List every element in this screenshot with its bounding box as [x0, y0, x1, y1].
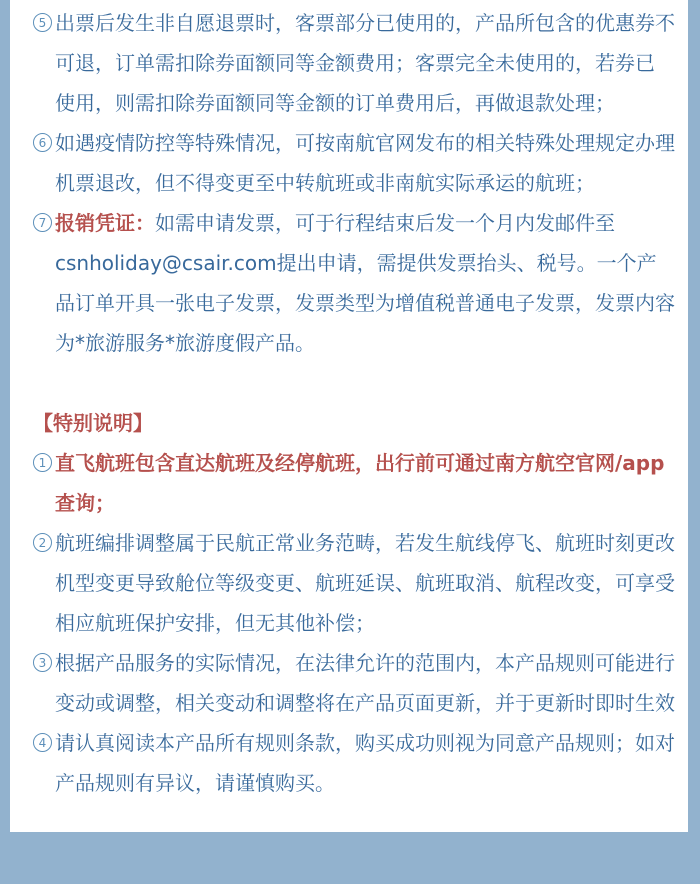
- rule-line: 为*旅游服务*旅游度假产品。: [55, 323, 674, 363]
- rule-line: 报销凭证：如需申请发票，可于行程结束后发一个月内发邮件至: [55, 203, 674, 243]
- item-number-column: 4: [33, 723, 55, 752]
- rule-text-segment: 根据产品服务的实际情况，在法律允许的范围内，本产品规则可能进行: [55, 651, 675, 675]
- rule-text-block: 航班编排调整属于民航正常业务范畴，若发生航线停飞、航班时刻更改机型变更导致舱位等…: [55, 523, 674, 643]
- rule-line: 直飞航班包含直达航班及经停航班，出行前可通过南方航空官网/app: [55, 443, 674, 483]
- rule-text-segment: 如遇疫情防控等特殊情况，可按南航官网发布的相关特殊处理规定办理: [55, 131, 675, 155]
- rule-item-2: 2航班编排调整属于民航正常业务范畴，若发生航线停飞、航班时刻更改机型变更导致舱位…: [33, 523, 674, 643]
- rule-text-block: 请认真阅读本产品所有规则条款，购买成功则视为同意产品规则；如对产品规则有异议，请…: [55, 723, 674, 803]
- rule-text-segment: 出票后发生非自愿退票时，客票部分已使用的，产品所包含的优惠券不: [55, 11, 675, 35]
- page-footer-background: [0, 832, 700, 884]
- item-number-column: 7: [33, 203, 55, 232]
- section-ticket-refund-rules: 5出票后发生非自愿退票时，客票部分已使用的，产品所包含的优惠券不可退，订单需扣除…: [33, 3, 674, 363]
- rule-item-3: 3根据产品服务的实际情况，在法律允许的范围内，本产品规则可能进行变动或调整，相关…: [33, 643, 674, 723]
- rule-item-6: 6如遇疫情防控等特殊情况，可按南航官网发布的相关特殊处理规定办理机票退改，但不得…: [33, 123, 674, 203]
- item-number-column: 5: [33, 3, 55, 32]
- item-number-badge: 7: [33, 213, 52, 232]
- rule-line: 产品规则有异议，请谨慎购买。: [55, 763, 674, 803]
- item-number-badge: 1: [33, 453, 52, 472]
- rule-text-segment: 报销凭证：: [55, 211, 155, 235]
- rule-line: 机型变更导致舱位等级变更、航班延误、航班取消、航程改变，可享受: [55, 563, 674, 603]
- rule-item-5: 5出票后发生非自愿退票时，客票部分已使用的，产品所包含的优惠券不可退，订单需扣除…: [33, 3, 674, 123]
- rule-line: 请认真阅读本产品所有规则条款，购买成功则视为同意产品规则；如对: [55, 723, 674, 763]
- section-heading: 【特别说明】: [33, 403, 674, 443]
- rule-text-block: 如遇疫情防控等特殊情况，可按南航官网发布的相关特殊处理规定办理机票退改，但不得变…: [55, 123, 674, 203]
- rule-text-segment: 提出申请，需提供发票抬头、税号。一个产: [277, 251, 657, 275]
- rule-line: 品订单开具一张电子发票，发票类型为增值税普通电子发票，发票内容: [55, 283, 674, 323]
- rule-text-block: 报销凭证：如需申请发票，可于行程结束后发一个月内发邮件至csnholiday@c…: [55, 203, 674, 363]
- rule-text-block: 根据产品服务的实际情况，在法律允许的范围内，本产品规则可能进行变动或调整，相关变…: [55, 643, 674, 723]
- item-number-badge: 6: [33, 133, 52, 152]
- rule-text-segment: 航班编排调整属于民航正常业务范畴，若发生航线停飞、航班时刻更改: [55, 531, 675, 555]
- rule-line: 查询；: [55, 483, 674, 523]
- rule-text-segment: 可退，订单需扣除券面额同等金额费用；客票完全未使用的，若券已: [55, 51, 655, 75]
- item-number-column: 3: [33, 643, 55, 672]
- section-special-notes: 【特别说明】1直飞航班包含直达航班及经停航班，出行前可通过南方航空官网/app查…: [33, 403, 674, 803]
- rule-text-segment: 相应航班保护安排，但无其他补偿；: [55, 611, 375, 635]
- page-background: { "page": { "background_color": "#92b2ce…: [0, 0, 700, 884]
- rule-text-segment: 查询；: [55, 491, 115, 515]
- item-number-badge: 5: [33, 13, 52, 32]
- rule-text-segment: 直飞航班包含直达航班及经停航班，出行前可通过南方航空官网/app: [55, 451, 664, 475]
- rule-line: 相应航班保护安排，但无其他补偿；: [55, 603, 674, 643]
- rule-line: 如遇疫情防控等特殊情况，可按南航官网发布的相关特殊处理规定办理: [55, 123, 674, 163]
- rules-sections-container: 5出票后发生非自愿退票时，客票部分已使用的，产品所包含的优惠券不可退，订单需扣除…: [33, 3, 674, 803]
- rule-item-7: 7报销凭证：如需申请发票，可于行程结束后发一个月内发邮件至csnholiday@…: [33, 203, 674, 363]
- rule-text-segment: 使用，则需扣除券面额同等金额的订单费用后，再做退款处理；: [55, 91, 615, 115]
- rule-text-segment: 如需申请发票，可于行程结束后发一个月内发邮件至: [155, 211, 615, 235]
- rule-item-4: 4请认真阅读本产品所有规则条款，购买成功则视为同意产品规则；如对产品规则有异议，…: [33, 723, 674, 803]
- item-number-column: 6: [33, 123, 55, 152]
- item-number-badge: 3: [33, 653, 52, 672]
- rule-line: 机票退改，但不得变更至中转航班或非南航实际承运的航班；: [55, 163, 674, 203]
- item-number-badge: 2: [33, 533, 52, 552]
- rule-item-1: 1直飞航班包含直达航班及经停航班，出行前可通过南方航空官网/app查询；: [33, 443, 674, 523]
- rule-line: 出票后发生非自愿退票时，客票部分已使用的，产品所包含的优惠券不: [55, 3, 674, 43]
- rule-text-segment: 请认真阅读本产品所有规则条款，购买成功则视为同意产品规则；如对: [55, 731, 675, 755]
- rule-text-block: 直飞航班包含直达航班及经停航班，出行前可通过南方航空官网/app查询；: [55, 443, 674, 523]
- rule-text-segment: 变动或调整，相关变动和调整将在产品页面更新，并于更新时即时生效: [55, 691, 675, 715]
- rule-text-segment: 机票退改，但不得变更至中转航班或非南航实际承运的航班；: [55, 171, 595, 195]
- rule-line: 根据产品服务的实际情况，在法律允许的范围内，本产品规则可能进行: [55, 643, 674, 683]
- rule-line: 可退，订单需扣除券面额同等金额费用；客票完全未使用的，若券已: [55, 43, 674, 83]
- rule-line: 航班编排调整属于民航正常业务范畴，若发生航线停飞、航班时刻更改: [55, 523, 674, 563]
- item-number-badge: 4: [33, 733, 52, 752]
- item-number-column: 2: [33, 523, 55, 552]
- item-number-column: 1: [33, 443, 55, 472]
- rule-line: 变动或调整，相关变动和调整将在产品页面更新，并于更新时即时生效: [55, 683, 674, 723]
- rule-text-block: 出票后发生非自愿退票时，客票部分已使用的，产品所包含的优惠券不可退，订单需扣除券…: [55, 3, 674, 123]
- rule-line: csnholiday@csair.com提出申请，需提供发票抬头、税号。一个产: [55, 243, 674, 283]
- content-card: 5出票后发生非自愿退票时，客票部分已使用的，产品所包含的优惠券不可退，订单需扣除…: [10, 0, 688, 832]
- rule-text-segment: 品订单开具一张电子发票，发票类型为增值税普通电子发票，发票内容: [55, 291, 675, 315]
- rule-text-segment: 为*旅游服务*旅游度假产品。: [55, 331, 315, 355]
- email-text: csnholiday@csair.com: [55, 251, 277, 275]
- rule-line: 使用，则需扣除券面额同等金额的订单费用后，再做退款处理；: [55, 83, 674, 123]
- rule-text-segment: 产品规则有异议，请谨慎购买。: [55, 771, 335, 795]
- rule-text-segment: 机型变更导致舱位等级变更、航班延误、航班取消、航程改变，可享受: [55, 571, 675, 595]
